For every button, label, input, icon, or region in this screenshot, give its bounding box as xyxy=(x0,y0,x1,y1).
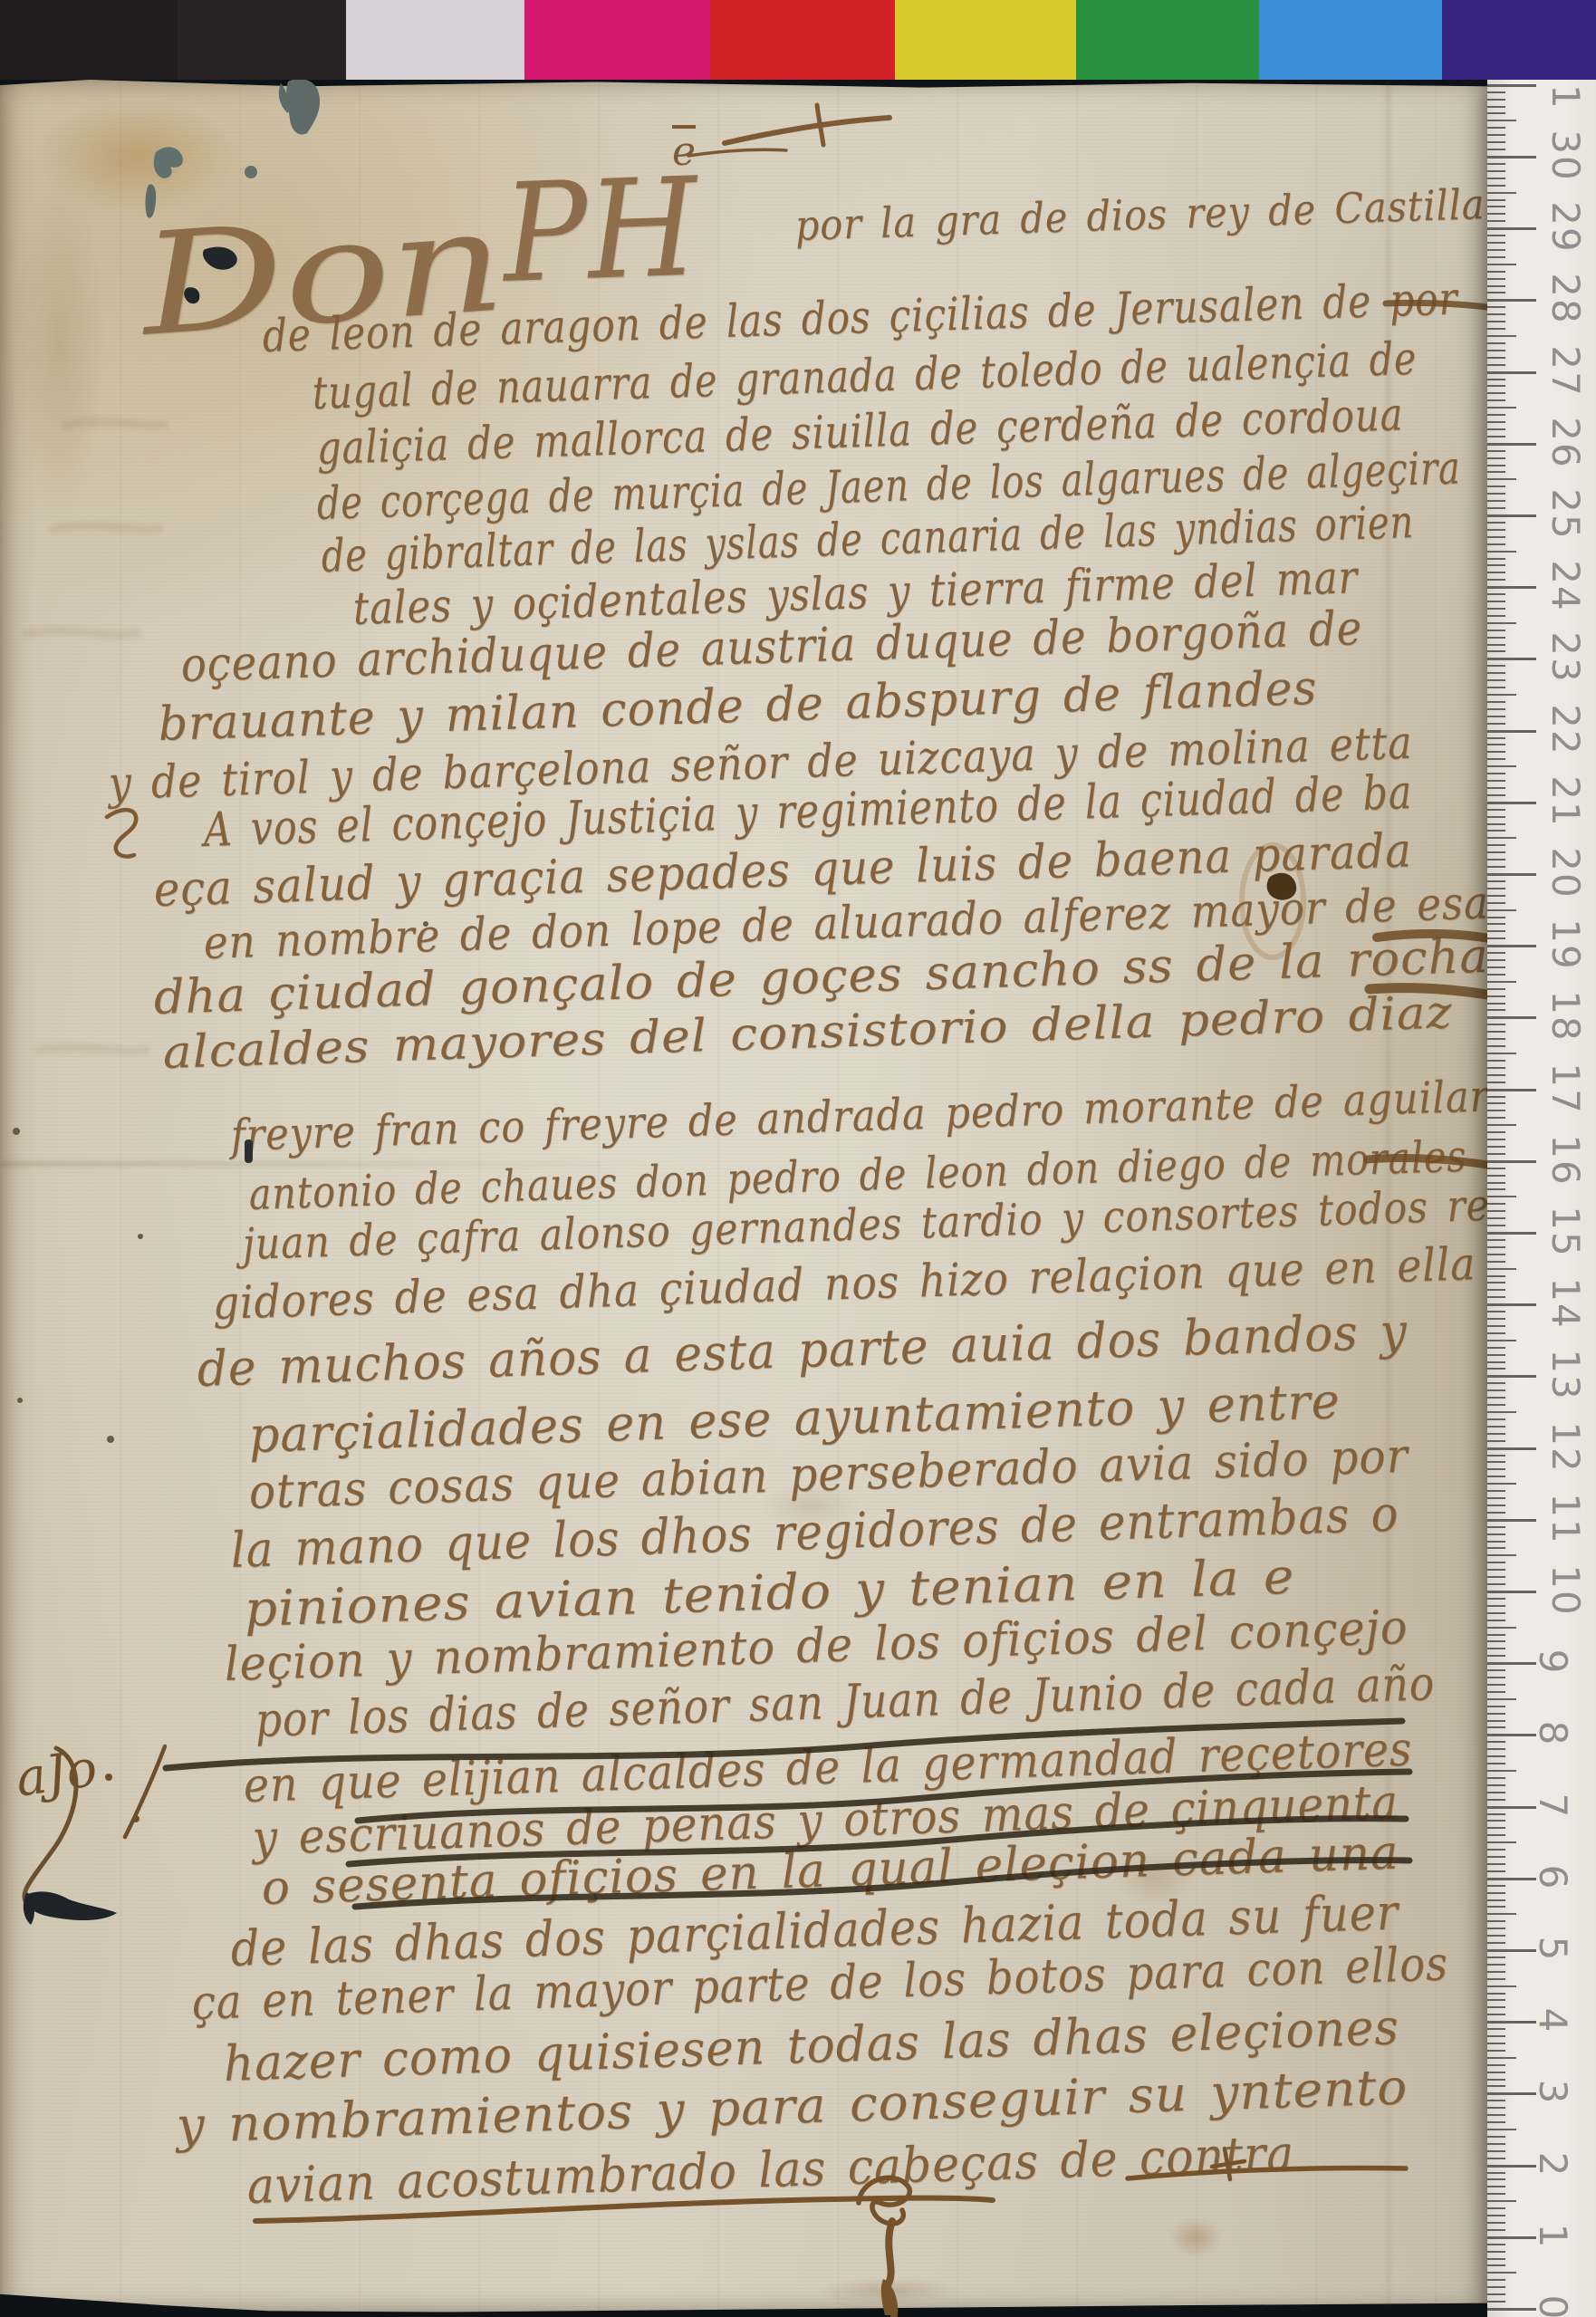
ruler-mm-tick xyxy=(1487,522,1505,524)
ruler-mm-tick xyxy=(1487,995,1505,997)
ruler-mm-tick xyxy=(1487,895,1505,897)
ruler-mm-tick xyxy=(1487,672,1505,674)
ruler-mm-tick xyxy=(1487,1576,1505,1578)
ruler-mm-tick xyxy=(1487,2244,1505,2245)
ruler-mm-tick xyxy=(1487,1347,1505,1349)
ruler-label: 26 xyxy=(1543,417,1588,468)
ruler-label: 22 xyxy=(1543,704,1588,755)
ruler-mm-tick xyxy=(1487,292,1505,293)
manuscript-text: Don PH e por la gra de dios rey de Casti… xyxy=(0,0,1596,2317)
ruler-mm-tick xyxy=(1487,780,1505,782)
ruler-mm-tick xyxy=(1487,141,1505,143)
ruler-mm-tick xyxy=(1487,1526,1505,1528)
ruler-mm-tick xyxy=(1487,478,1516,480)
ruler-mm-tick xyxy=(1487,335,1516,337)
calibration-patch-red xyxy=(710,0,895,80)
ruler-mm-tick xyxy=(1487,106,1505,108)
ruler-mm-tick xyxy=(1487,264,1516,265)
ruler-mm-tick xyxy=(1487,615,1505,617)
ruler-mm-tick xyxy=(1487,2043,1505,2044)
ruler-mm-tick xyxy=(1487,1627,1516,1629)
ruler-mm-tick xyxy=(1487,1684,1505,1686)
ruler-mm-tick xyxy=(1487,1964,1505,1966)
ruler-label: 18 xyxy=(1543,991,1588,1043)
ruler-mm-tick xyxy=(1487,1082,1505,1083)
ruler-mm-tick xyxy=(1487,572,1505,573)
ruler-mm-tick xyxy=(1487,2193,1505,2195)
ruler-mm-tick xyxy=(1487,644,1505,646)
ruler-mm-tick xyxy=(1487,2200,1516,2202)
color-calibration-bar xyxy=(0,0,1596,80)
ruler-mm-tick xyxy=(1487,342,1505,344)
ruler-mm-tick xyxy=(1487,694,1516,696)
ruler-mm-tick xyxy=(1487,1777,1505,1779)
ruler-mm-tick xyxy=(1487,1389,1505,1391)
ruler-label: 27 xyxy=(1543,345,1588,397)
ruler-mm-tick xyxy=(1487,91,1505,93)
ruler-cm-tick xyxy=(1487,227,1536,230)
ruler-mm-tick xyxy=(1487,178,1505,179)
ruler-mm-tick xyxy=(1487,1899,1505,1901)
ruler-mm-tick xyxy=(1487,2050,1505,2052)
ruler-mm-tick xyxy=(1487,1102,1505,1104)
ruler-label: 17 xyxy=(1543,1062,1588,1114)
ruler-mm-tick xyxy=(1487,2085,1505,2087)
ruler-cm-tick xyxy=(1487,1089,1536,1091)
ruler-mm-tick xyxy=(1487,966,1505,968)
ruler-mm-tick xyxy=(1487,1755,1505,1757)
ruler-mm-tick xyxy=(1487,923,1505,925)
ruler-mm-tick xyxy=(1487,902,1505,904)
ruler-mm-tick xyxy=(1487,1433,1505,1435)
ruler-mm-tick xyxy=(1487,2057,1516,2059)
digitized-manuscript-scan: Don PH e por la gra de dios rey de Casti… xyxy=(0,0,1596,2317)
ruler-mm-tick xyxy=(1487,1569,1505,1571)
ruler-mm-tick xyxy=(1487,1426,1505,1428)
ruler-mm-tick xyxy=(1487,2100,1505,2101)
ruler-mm-tick xyxy=(1487,1885,1505,1887)
ruler-label: 23 xyxy=(1543,632,1588,684)
ruler-mm-tick xyxy=(1487,1490,1505,1492)
ruler-mm-tick xyxy=(1487,1003,1505,1005)
ruler-mm-tick xyxy=(1487,1820,1505,1822)
ruler-cm-tick xyxy=(1487,156,1536,159)
ruler-mm-tick xyxy=(1487,1325,1505,1327)
ruler-mm-tick xyxy=(1487,1849,1505,1851)
ruler-mm-tick xyxy=(1487,1188,1505,1190)
ruler-mm-tick xyxy=(1487,866,1505,868)
ruler-mm-tick xyxy=(1487,127,1505,129)
calibration-patch-white xyxy=(346,0,524,80)
ruler-mm-tick xyxy=(1487,1196,1516,1197)
ruler-mm-tick xyxy=(1487,2014,1505,2015)
ruler-mm-tick xyxy=(1487,809,1505,811)
ruler-mm-tick xyxy=(1487,601,1505,602)
ruler-mm-tick xyxy=(1487,981,1516,983)
ruler-mm-tick xyxy=(1487,1031,1505,1033)
ruler-mm-tick xyxy=(1487,1131,1505,1133)
ruler-mm-tick xyxy=(1487,716,1505,717)
ruler-mm-tick xyxy=(1487,851,1505,853)
ruler-mm-tick xyxy=(1487,1985,1516,1987)
ruler-mm-tick xyxy=(1487,1024,1505,1025)
ruler-mm-tick xyxy=(1487,1648,1505,1649)
ruler-mm-tick xyxy=(1487,421,1505,423)
calibration-patch-yellow xyxy=(895,0,1076,80)
calibration-patch-green xyxy=(1076,0,1259,80)
ruler-mm-tick xyxy=(1487,687,1505,688)
ruler-mm-tick xyxy=(1487,1318,1505,1320)
ruler-cm-tick xyxy=(1487,1232,1536,1235)
ruler-mm-tick xyxy=(1487,1691,1505,1693)
ruler-mm-tick xyxy=(1487,1096,1505,1098)
ruler-mm-tick xyxy=(1487,2143,1505,2145)
ruler-mm-tick xyxy=(1487,1009,1505,1011)
ruler-mm-tick xyxy=(1487,765,1516,767)
ruler-mm-tick xyxy=(1487,213,1505,215)
ruler-cm-tick xyxy=(1487,2236,1536,2239)
ruler-label: 11 xyxy=(1543,1493,1588,1544)
heading-superscript-e: e xyxy=(672,129,696,175)
ruler-cm-tick xyxy=(1487,658,1536,660)
ruler-label: 5 xyxy=(1531,1937,1575,1963)
ruler-mm-tick xyxy=(1487,917,1505,918)
ruler-label: 19 xyxy=(1543,918,1588,970)
ruler-mm-tick xyxy=(1487,1261,1505,1263)
ruler-cm-tick xyxy=(1487,371,1536,374)
ruler-mm-tick xyxy=(1487,350,1505,351)
ruler-mm-tick xyxy=(1487,2129,1516,2130)
ruler-mm-tick xyxy=(1487,1547,1505,1549)
ruler-mm-tick xyxy=(1487,1074,1505,1076)
ruler-mm-tick xyxy=(1487,256,1505,258)
ruler-cm-tick xyxy=(1487,873,1536,876)
ruler-mm-tick xyxy=(1487,313,1505,315)
ruler-mm-tick xyxy=(1487,952,1505,954)
ruler-mm-tick xyxy=(1487,1706,1505,1707)
ruler-mm-tick xyxy=(1487,1168,1505,1169)
ruler-cm-tick xyxy=(1487,1734,1536,1736)
ruler-mm-tick xyxy=(1487,1598,1505,1600)
ruler-mm-tick xyxy=(1487,185,1505,187)
ruler-mm-tick xyxy=(1487,1669,1505,1671)
ruler-mm-tick xyxy=(1487,199,1505,201)
ruler-cm-tick xyxy=(1487,1662,1536,1665)
ruler-mm-tick xyxy=(1487,909,1516,911)
ruler-mm-tick xyxy=(1487,2215,1505,2216)
ruler-label: 15 xyxy=(1543,1206,1588,1257)
ruler-mm-tick xyxy=(1487,1942,1505,1944)
ruler-mm-tick xyxy=(1487,2035,1505,2037)
ruler-mm-tick xyxy=(1487,328,1505,330)
ruler-mm-tick xyxy=(1487,1361,1505,1363)
ruler-mm-tick xyxy=(1487,1999,1505,2001)
ruler-cm-tick xyxy=(1487,2092,1536,2095)
ruler-mm-tick xyxy=(1487,220,1505,222)
ruler-mm-tick xyxy=(1487,2107,1505,2109)
ruler-cm-tick xyxy=(1487,443,1536,446)
ruler-mm-tick xyxy=(1487,1605,1505,1607)
ruler-label: 10 xyxy=(1543,1564,1588,1616)
ruler-mm-tick xyxy=(1487,758,1505,760)
ruler-mm-tick xyxy=(1487,1713,1505,1715)
ruler-mm-tick xyxy=(1487,1175,1505,1177)
ruler-cm-tick xyxy=(1487,1303,1536,1306)
ruler-mm-tick xyxy=(1487,1182,1505,1184)
ruler-mm-tick xyxy=(1487,379,1505,380)
ruler-mm-tick xyxy=(1487,1382,1505,1384)
ruler-mm-tick xyxy=(1487,773,1505,774)
ruler-mm-tick xyxy=(1487,744,1505,745)
ruler-mm-tick xyxy=(1487,1268,1516,1270)
ruler: 0123456789101112131415161718192021222324… xyxy=(1487,80,1596,2317)
ruler-mm-tick xyxy=(1487,112,1505,114)
ruler-mm-tick xyxy=(1487,1913,1516,1915)
ruler-label: 24 xyxy=(1543,560,1588,611)
ruler-mm-tick xyxy=(1487,1533,1505,1535)
ruler-label: 25 xyxy=(1543,488,1588,540)
calibration-patch-violet xyxy=(1442,0,1596,80)
ruler-mm-tick xyxy=(1487,1476,1505,1477)
ruler-mm-tick xyxy=(1487,1468,1505,1470)
ruler-cm-tick xyxy=(1487,1591,1536,1593)
ruler-mm-tick xyxy=(1487,364,1505,366)
ruler-cm-tick xyxy=(1487,1519,1536,1522)
ruler-mm-tick xyxy=(1487,1870,1505,1872)
ruler-mm-tick xyxy=(1487,536,1505,538)
ruler-mm-tick xyxy=(1487,1956,1505,1958)
ruler-mm-tick xyxy=(1487,1792,1505,1793)
ruler-mm-tick xyxy=(1487,1863,1505,1865)
calibration-patch-blue xyxy=(1259,0,1442,80)
ruler-mm-tick xyxy=(1487,457,1505,459)
ruler-mm-tick xyxy=(1487,1239,1505,1241)
ruler-cm-tick xyxy=(1487,84,1536,87)
ruler-mm-tick xyxy=(1487,1124,1516,1126)
ruler-mm-tick xyxy=(1487,2006,1505,2008)
ruler-label: 2 xyxy=(1531,2151,1575,2178)
ruler-mm-tick xyxy=(1487,1254,1505,1255)
ruler-mm-tick xyxy=(1487,285,1505,287)
ruler-mm-tick xyxy=(1487,1354,1505,1356)
ruler-mm-tick xyxy=(1487,1726,1505,1728)
ruler-mm-tick xyxy=(1487,1583,1505,1585)
ruler-mm-tick xyxy=(1487,1935,1505,1937)
ruler-mm-tick xyxy=(1487,392,1505,394)
ruler-cm-tick xyxy=(1487,730,1536,733)
ruler-mm-tick xyxy=(1487,249,1505,251)
ruler-mm-tick xyxy=(1487,1634,1505,1636)
ruler-mm-tick xyxy=(1487,2251,1505,2253)
ruler-mm-tick xyxy=(1487,816,1505,818)
ruler-label: 31 xyxy=(1543,80,1588,111)
ruler-mm-tick xyxy=(1487,1418,1505,1420)
ruler-mm-tick xyxy=(1487,823,1505,825)
ruler-mm-tick xyxy=(1487,471,1505,473)
ruler-mm-tick xyxy=(1487,1289,1505,1291)
ruler-mm-tick xyxy=(1487,1210,1505,1212)
ruler-mm-tick xyxy=(1487,1038,1505,1040)
ruler-mm-tick xyxy=(1487,1920,1505,1922)
ruler-mm-tick xyxy=(1487,163,1505,165)
ruler-mm-tick xyxy=(1487,206,1505,207)
ruler-mm-tick xyxy=(1487,1217,1505,1219)
ruler-cm-tick xyxy=(1487,2165,1536,2168)
ruler-cm-tick xyxy=(1487,2308,1536,2311)
ruler-label: 13 xyxy=(1543,1350,1588,1401)
ruler-label: 4 xyxy=(1531,2008,1575,2034)
ruler-mm-tick xyxy=(1487,551,1516,553)
ruler-mm-tick xyxy=(1487,2301,1505,2303)
ruler-mm-tick xyxy=(1487,630,1505,631)
ruler-mm-tick xyxy=(1487,1993,1505,1995)
ruler-mm-tick xyxy=(1487,1340,1516,1341)
ruler-mm-tick xyxy=(1487,751,1505,753)
ruler-mm-tick xyxy=(1487,937,1505,939)
ruler-mm-tick xyxy=(1487,830,1505,832)
ruler-mm-tick xyxy=(1487,2172,1505,2174)
ruler-mm-tick xyxy=(1487,235,1505,236)
ruler-mm-tick xyxy=(1487,564,1505,566)
ruler-cm-tick xyxy=(1487,1375,1536,1378)
ruler-mm-tick xyxy=(1487,1311,1505,1312)
ruler-mm-tick xyxy=(1487,622,1516,624)
ruler-label: 7 xyxy=(1531,1793,1575,1819)
ruler-mm-tick xyxy=(1487,2178,1505,2180)
ruler-mm-tick xyxy=(1487,888,1505,889)
ruler-mm-tick xyxy=(1487,1928,1505,1929)
ruler-mm-tick xyxy=(1487,543,1505,545)
ruler-mm-tick xyxy=(1487,1053,1516,1054)
ruler-mm-tick xyxy=(1487,637,1505,639)
ruler-mm-tick xyxy=(1487,974,1505,976)
ruler-mm-tick xyxy=(1487,2207,1505,2209)
ruler-mm-tick xyxy=(1487,2064,1505,2066)
ruler-mm-tick xyxy=(1487,1698,1516,1700)
marginal-attention-note: aJo xyxy=(12,1739,101,1809)
ruler-mm-tick xyxy=(1487,2264,1505,2266)
ruler-mm-tick xyxy=(1487,2222,1505,2224)
ruler-label: 16 xyxy=(1543,1134,1588,1186)
ruler-cm-tick xyxy=(1487,1160,1536,1163)
ruler-mm-tick xyxy=(1487,1146,1505,1148)
ruler-mm-tick xyxy=(1487,500,1505,502)
ruler-mm-tick xyxy=(1487,2286,1505,2288)
ruler-mm-tick xyxy=(1487,1813,1505,1815)
ruler-cm-tick xyxy=(1487,1806,1536,1809)
ruler-mm-tick xyxy=(1487,465,1505,466)
ruler-mm-tick xyxy=(1487,507,1505,509)
ruler-mm-tick xyxy=(1487,1906,1505,1908)
ruler-mm-tick xyxy=(1487,1655,1505,1657)
ruler-mm-tick xyxy=(1487,930,1505,932)
ruler-mm-tick xyxy=(1487,242,1505,244)
ruler-mm-tick xyxy=(1487,2279,1505,2281)
ruler-mm-tick xyxy=(1487,1275,1505,1277)
ruler-mm-tick xyxy=(1487,1110,1505,1111)
ruler-mm-tick xyxy=(1487,1562,1505,1563)
heading-word-ph: PH xyxy=(500,149,700,313)
ruler-mm-tick xyxy=(1487,278,1505,280)
ruler-cm-tick xyxy=(1487,1016,1536,1019)
ruler-mm-tick xyxy=(1487,399,1505,401)
calibration-patch-black-2 xyxy=(178,0,346,80)
ruler-mm-tick xyxy=(1487,2293,1505,2295)
ruler-mm-tick xyxy=(1487,1892,1505,1894)
ruler-mm-tick xyxy=(1487,1784,1505,1786)
ruler-mm-tick xyxy=(1487,493,1505,495)
ruler-cm-tick xyxy=(1487,1949,1536,1952)
ruler-mm-tick xyxy=(1487,2150,1505,2152)
ruler-label: 14 xyxy=(1543,1277,1588,1329)
ruler-cm-tick xyxy=(1487,945,1536,947)
ruler-mm-tick xyxy=(1487,2229,1505,2231)
ruler-label: 6 xyxy=(1531,1864,1575,1890)
ruler-mm-tick xyxy=(1487,1554,1516,1556)
ruler-mm-tick xyxy=(1487,1246,1505,1248)
ruler-mm-tick xyxy=(1487,99,1505,101)
ruler-label: 21 xyxy=(1543,775,1588,827)
ruler-mm-tick xyxy=(1487,1483,1516,1485)
ruler-mm-tick xyxy=(1487,1497,1505,1499)
ruler-mm-tick xyxy=(1487,306,1505,308)
ruler-mm-tick xyxy=(1487,2072,1505,2073)
ruler-mm-tick xyxy=(1487,1620,1505,1621)
ruler-mm-tick xyxy=(1487,1677,1505,1678)
ruler-cm-tick xyxy=(1487,1447,1536,1450)
ruler-mm-tick xyxy=(1487,1799,1505,1801)
ruler-mm-tick xyxy=(1487,650,1505,652)
ruler-mm-tick xyxy=(1487,1640,1505,1642)
ruler-mm-tick xyxy=(1487,407,1516,409)
ruler-mm-tick xyxy=(1487,192,1516,194)
ruler-mm-tick xyxy=(1487,665,1505,667)
ruler-label: 30 xyxy=(1543,130,1588,181)
ruler-mm-tick xyxy=(1487,1541,1505,1543)
ruler-mm-tick xyxy=(1487,1411,1516,1413)
ruler-mm-tick xyxy=(1487,1117,1505,1119)
ruler-mm-tick xyxy=(1487,271,1505,273)
ruler-mm-tick xyxy=(1487,2121,1505,2123)
ruler-mm-tick xyxy=(1487,2028,1505,2030)
ruler-mm-tick xyxy=(1487,1856,1505,1858)
ruler-mm-tick xyxy=(1487,1067,1505,1069)
ruler-mm-tick xyxy=(1487,988,1505,990)
calibration-patch-magenta xyxy=(524,0,710,80)
ruler-cm-tick xyxy=(1487,2021,1536,2024)
calibration-patch-black-1 xyxy=(0,0,178,80)
ruler-mm-tick xyxy=(1487,1060,1505,1062)
ruler-label: 1 xyxy=(1531,2223,1575,2249)
ruler-mm-tick xyxy=(1487,1748,1505,1750)
ruler-mm-tick xyxy=(1487,149,1505,150)
ruler-mm-tick xyxy=(1487,844,1505,846)
ruler-mm-tick xyxy=(1487,414,1505,416)
ruler-mm-tick xyxy=(1487,1505,1505,1506)
ruler-mm-tick xyxy=(1487,1971,1505,1973)
ruler-cm-tick xyxy=(1487,514,1536,517)
ruler-mm-tick xyxy=(1487,837,1516,839)
ruler-mm-tick xyxy=(1487,608,1505,610)
ruler-mm-tick xyxy=(1487,321,1505,322)
heading-line-tail: por la gra de dios rey de Castilla xyxy=(794,179,1485,250)
ruler-mm-tick xyxy=(1487,558,1505,560)
ruler-mm-tick xyxy=(1487,593,1505,595)
ruler-mm-tick xyxy=(1487,529,1505,531)
ruler-mm-tick xyxy=(1487,1612,1505,1614)
ruler-mm-tick xyxy=(1487,2272,1516,2274)
ruler-mm-tick xyxy=(1487,1770,1516,1772)
